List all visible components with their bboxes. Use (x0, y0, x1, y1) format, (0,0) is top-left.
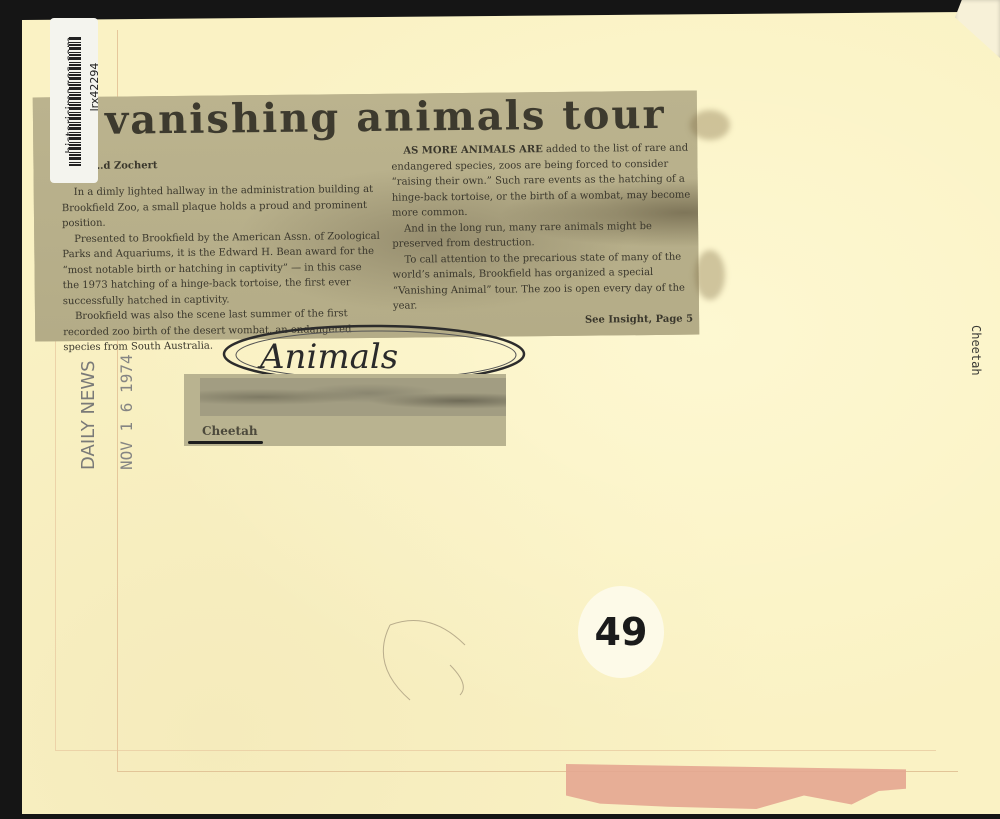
number-sticker: 49 (578, 586, 664, 678)
paragraph: To call attention to the precarious stat… (392, 249, 693, 314)
publication-stamp: DAILY NEWS (78, 360, 99, 470)
photo-cutline-clipping: Cheetah (184, 374, 506, 446)
cutline-caption: Cheetah (202, 424, 258, 438)
lead-in: AS MORE ANIMALS ARE (403, 144, 543, 156)
handwritten-text: Animals (257, 337, 398, 377)
side-typed-label: Cheetah (969, 325, 983, 376)
marker-underline (188, 441, 263, 444)
barcode-icon (69, 36, 81, 166)
paragraph: Presented to Brookfield by the American … (62, 228, 381, 309)
tape-residue (566, 764, 906, 809)
photo-fragment (200, 378, 506, 416)
clipping-right-column: AS MORE ANIMALS ARE added to the list of… (391, 141, 693, 330)
clipping-headline: vanishing animals tour (105, 90, 705, 143)
watermark-barcode-label: historicimages.com lrx42294 (50, 18, 98, 183)
pencil-scribble (370, 605, 490, 715)
clipping-byline: …d Zochert (93, 160, 157, 172)
paragraph: AS MORE ANIMALS ARE added to the list of… (391, 141, 692, 222)
paragraph: In a dimly lighted hallway in the admini… (62, 182, 380, 232)
sticker-number: 49 (595, 610, 648, 654)
stain (690, 110, 730, 140)
watermark-code: lrx42294 (88, 37, 102, 137)
newspaper-clipping: vanishing animals tour …d Zochert In a d… (33, 91, 700, 342)
date-stamp: NOV 1 6 1974 (117, 354, 136, 470)
paragraph: And in the long run, many rare animals m… (392, 218, 692, 252)
stain (695, 250, 725, 300)
